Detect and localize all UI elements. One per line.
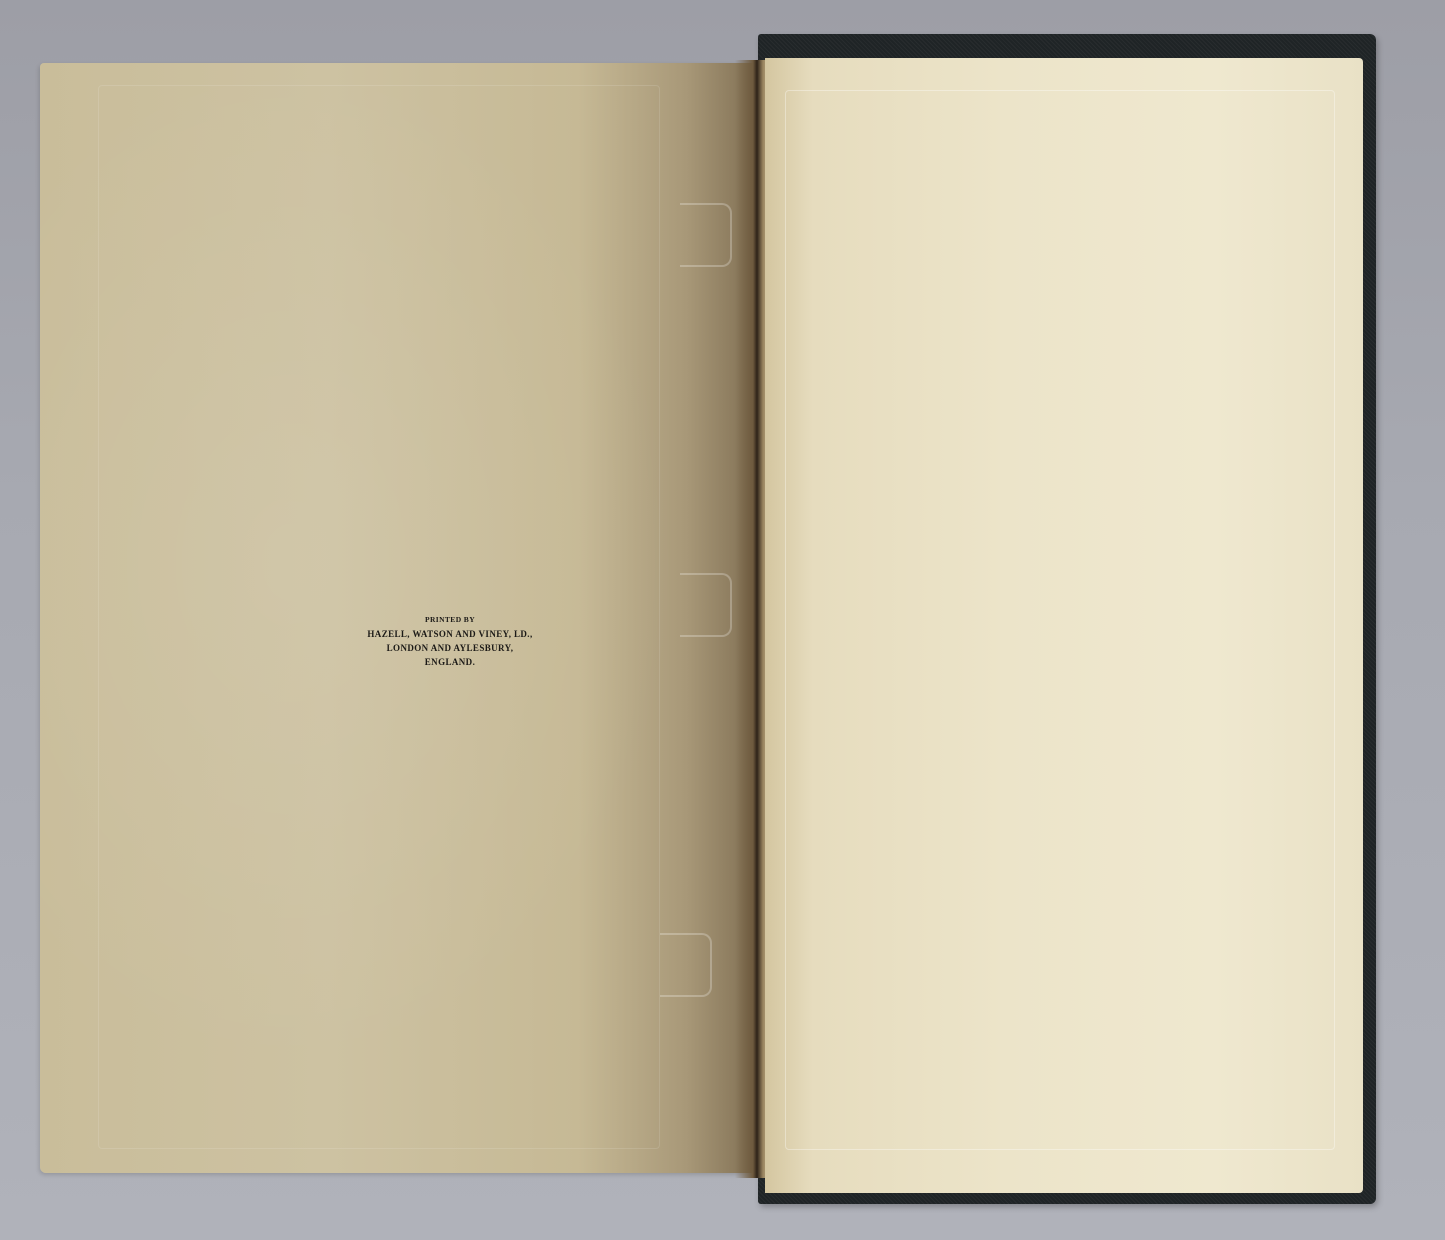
right-page bbox=[765, 58, 1363, 1193]
imprint-line: PRINTED BY bbox=[300, 613, 600, 627]
embossed-mark bbox=[660, 933, 712, 997]
imprint-line: LONDON AND AYLESBURY, bbox=[300, 641, 600, 655]
imprint-line: ENGLAND. bbox=[300, 655, 600, 669]
plate-mark bbox=[785, 90, 1335, 1150]
imprint-line: HAZELL, WATSON AND VINEY, LD., bbox=[300, 627, 600, 641]
printer-imprint: PRINTED BY HAZELL, WATSON AND VINEY, LD.… bbox=[300, 613, 600, 669]
embossed-mark bbox=[680, 573, 732, 637]
book-photo: PRINTED BY HAZELL, WATSON AND VINEY, LD.… bbox=[0, 0, 1445, 1240]
embossed-mark bbox=[680, 203, 732, 267]
